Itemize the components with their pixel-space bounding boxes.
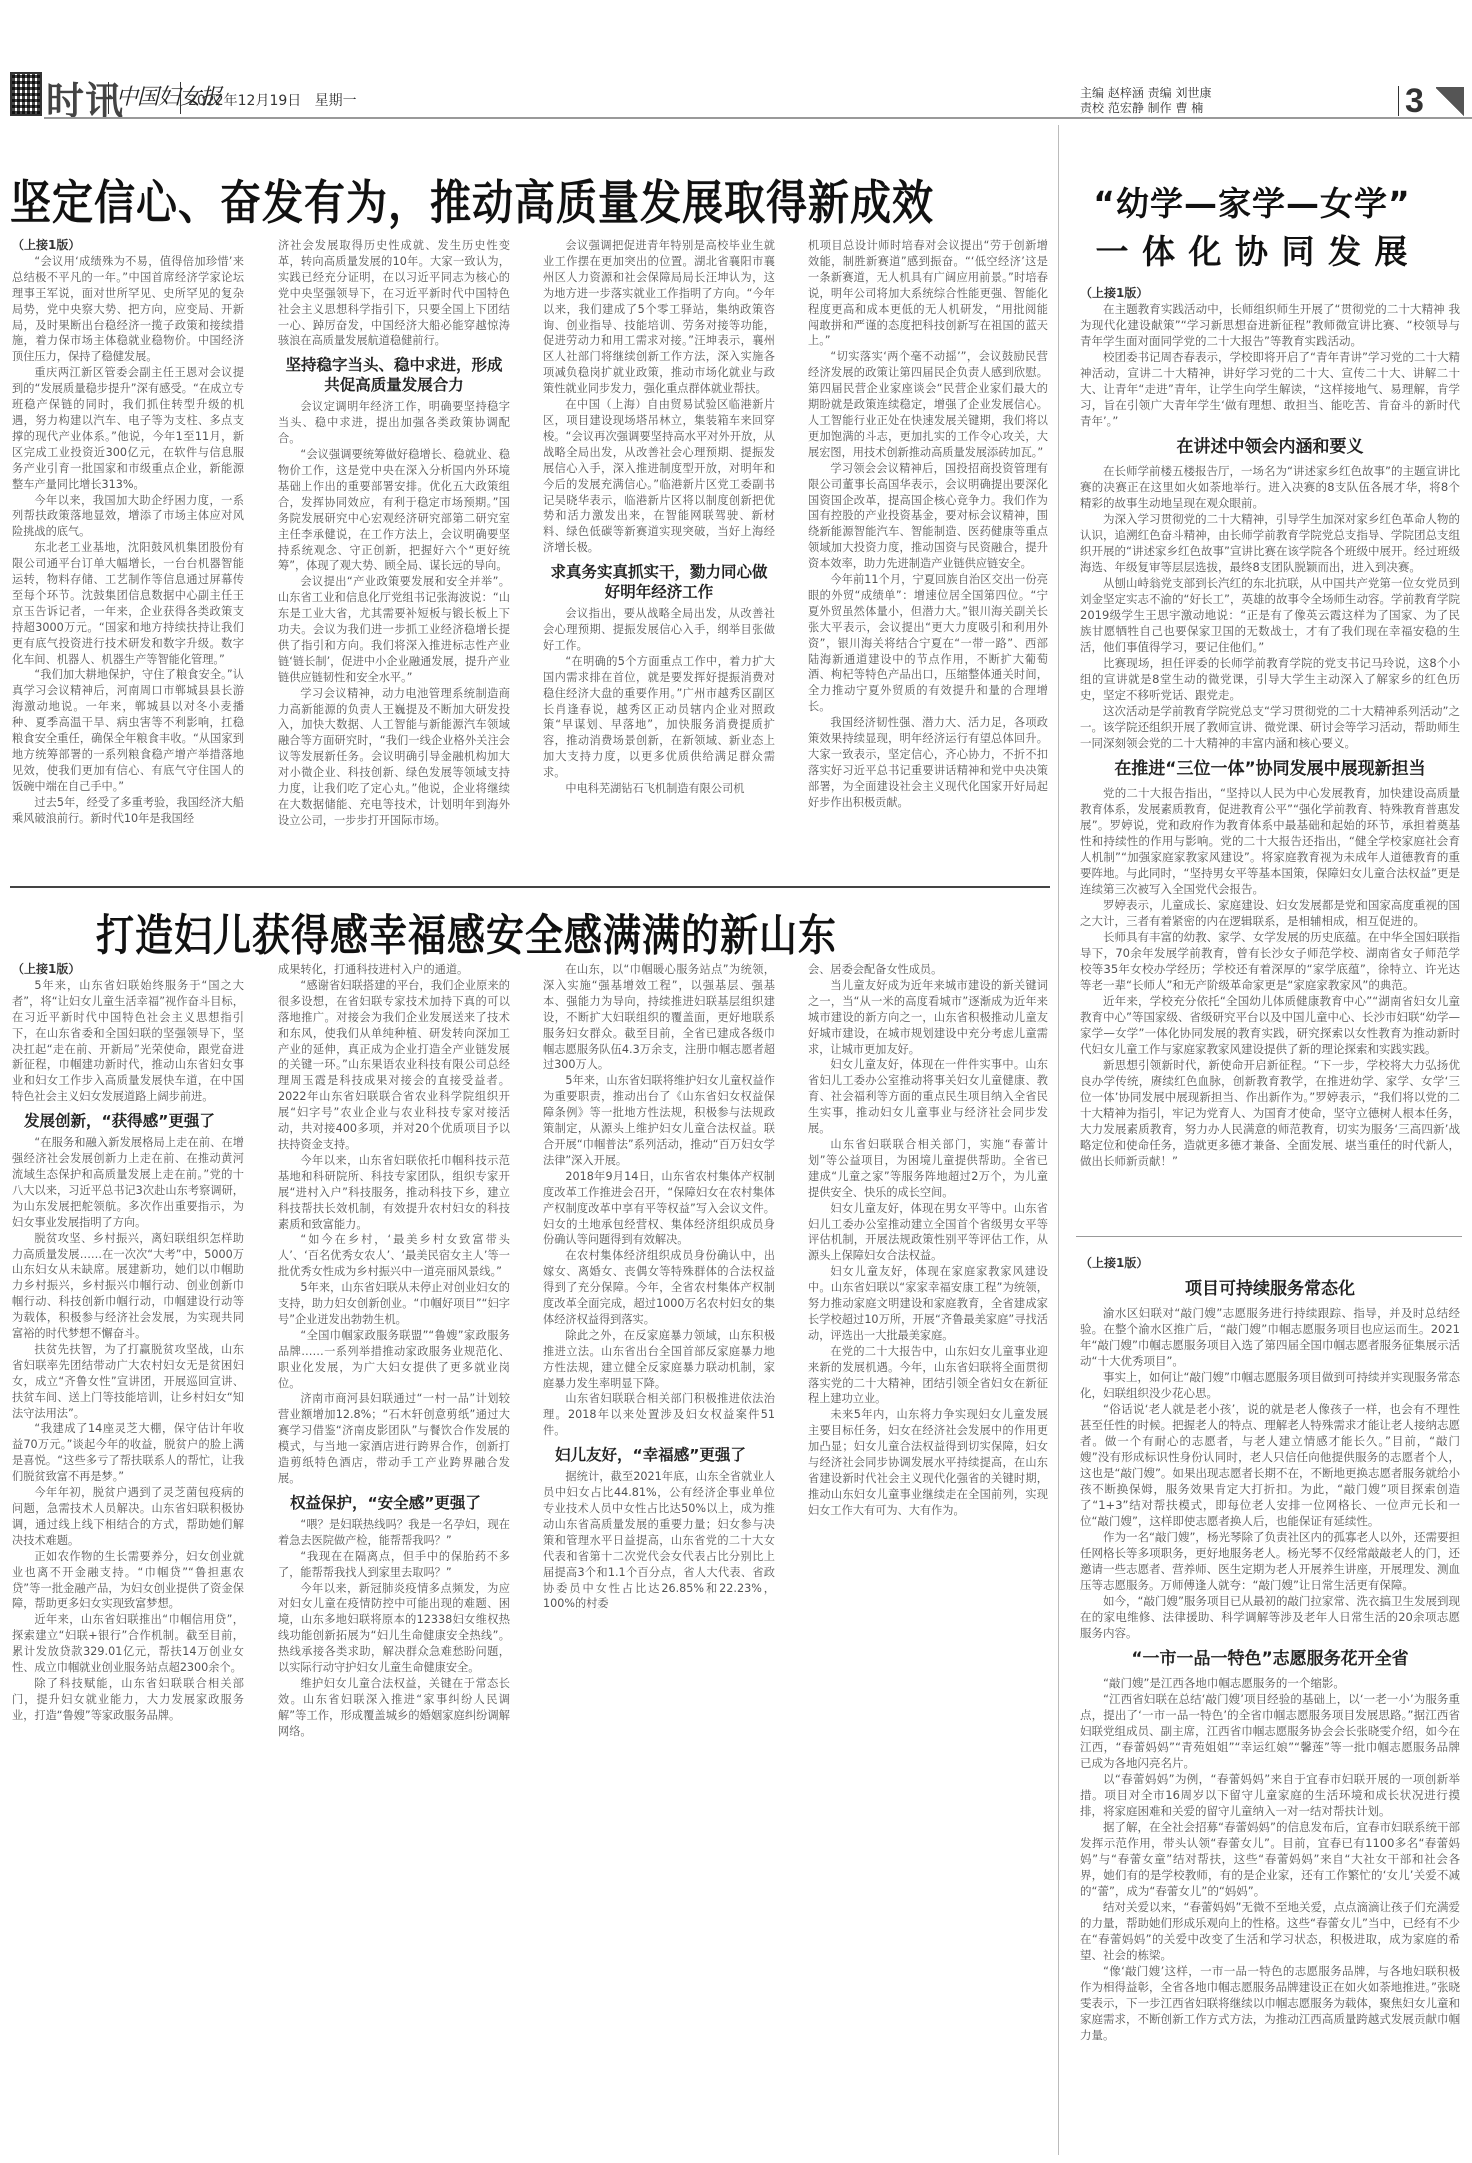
article-4-column-4: 会、居委会配备女性成员。 当儿童友好成为近年来城市建设的新关键词之一，当“从一米… (808, 962, 1048, 2157)
divider (1398, 86, 1399, 116)
continued-label: （上接1版） (12, 962, 244, 978)
article-1-column-3: 会议强调把促进青年特别是高校毕业生就业工作摆在更加突出的位置。湖北省襄阳市襄州区… (543, 238, 775, 870)
paragraph: 渝水区妇联对“敲门嫂”志愿服务进行持续跟踪、指导，并及时总结经验。在整个渝水区推… (1080, 1305, 1460, 1369)
article-4-column-1: （上接1版） 5年来，山东省妇联始终服务于“国之大者”，将“让妇女儿童生活幸福”… (12, 962, 244, 2157)
paragraph: 今年年初，脱贫户遇到了灵芝菌包疫病的问题，急需技术人员解决。山东省妇联积极协调，… (12, 1485, 244, 1549)
paragraph: “我建成了14座灵芝大棚，保守估计年收益70万元。”谈起今年的收益，脱贫户的脸上… (12, 1421, 244, 1485)
divider (180, 82, 181, 114)
paragraph: 近年来，山东省妇联推出“巾帼信用贷”，探索建立“妇联+银行”合作机制。截至目前，… (12, 1612, 244, 1676)
paragraph: 未来5年内，山东将力争实现妇女儿童发展主要目标任务，妇女在经济社会发展中的作用更… (808, 1407, 1048, 1518)
paragraph: “如今在乡村，‘最美乡村女致富带头人’、‘百名优秀女农人’、‘最美民宿女主人’等… (278, 1232, 510, 1280)
paragraph: 扶贫先扶智，为了打赢脱贫攻坚战，山东省妇联率先团结带动广大农村妇女无是贫困妇女，… (12, 1342, 244, 1422)
paragraph: 今年以来，我国加大助企纾困力度，一系列帮扶政策落地显效，增添了市场主体应对风险挑… (12, 493, 244, 541)
paragraph: 据统计，截至2021年底，山东全省就业人员中妇女占比44.81%，公有经济企事业… (543, 1469, 775, 1612)
paragraph: 会议指出，要从战略全局出发，从改善社会心理预期、提振发展信心入手，纲举目张做好工… (543, 606, 775, 654)
paragraph: 据了解，在全社会招募“春蕾妈妈”的信息发布后，宜春市妇联系统干部发挥示范作用，带… (1080, 1819, 1460, 1899)
article-1-column-1: （上接1版） “会议用‘成绩殊为不易，值得倍加珍惜’来总结极不平凡的一年。”中国… (12, 238, 244, 870)
paragraph: 党的二十大报告指出，“坚持以人民为中心发展教育，加快建设高质量教育体系，发展素质… (1080, 785, 1460, 897)
paragraph: 近年来，学校充分依托“全国幼儿体质健康教育中心”“湖南省妇女儿童教育中心”等国家… (1080, 993, 1460, 1057)
paragraph: 山东省妇联联合相关部门，实施“春蕾计划”等公益项目，为困境儿童提供帮助。全省已建… (808, 1137, 1048, 1201)
paragraph: 学习会议精神，动力电池管理系统制造商力高新能源的负责人王巍提及不断加大研发投入，… (278, 686, 510, 829)
paragraph: 会议定调明年经济工作，明确要坚持稳字当头、稳中求进，提出加强各类政策协调配合。 (278, 399, 510, 447)
continued-label: （上接1版） (12, 238, 244, 254)
paragraph: “会议用‘成绩殊为不易，值得倍加珍惜’来总结极不平凡的一年。”中国首席经济学家论… (12, 254, 244, 365)
paragraph: “江西省妇联在总结‘敲门嫂’项目经验的基础上，以‘一老一小’为服务重点，提出了‘… (1080, 1691, 1460, 1771)
paragraph: 今年以来，新冠肺炎疫情多点频发，为应对妇女儿童在疫情防控中可能出现的难题、困境，… (278, 1581, 510, 1676)
divider (108, 82, 109, 114)
paragraph: “我现在在隔离点，但手中的保胎药不多了，能帮帮我找人到家里去取吗？” (278, 1549, 510, 1581)
paragraph: 5年来，山东省妇联从未停止对创业妇女的支持，助力妇女创新创业。“巾帼好项目”“妇… (278, 1280, 510, 1328)
paragraph: 济南市商河县妇联通过“一村一品”计划较营业额增加12.8%；“石木轩创意剪纸”通… (278, 1391, 510, 1486)
article-2-headline: “幼学—家学—女学” 一 体 化 协 同 发 展 (1082, 180, 1422, 276)
paragraph: 成果转化，打通科技进村入户的通道。 (278, 962, 510, 978)
article-1-subheading-1: 坚持稳字当头、稳中求进，形成共促高质量发展合力 (278, 355, 510, 395)
paragraph: 除此之外，在反家庭暴力领域，山东积极推进立法。山东省出台全国首部反家庭暴力地方性… (543, 1328, 775, 1392)
paragraph: 当儿童友好成为近年来城市建设的新关键词之一，当“从一米的高度看城市”逐渐成为近年… (808, 978, 1048, 1058)
paragraph: “喂？是妇联热线吗？我是一名孕妇，现在着急去医院做产检，能帮帮我吗？” (278, 1517, 510, 1549)
paragraph: 5年来，山东省妇联将维护妇女儿童权益作为重要职责，推动出台了《山东省妇女权益保障… (543, 1073, 775, 1168)
article-separator (1076, 1236, 1462, 1237)
article-4-subheading-3: 妇儿友好，“幸福感”更强了 (543, 1445, 775, 1465)
masthead-rule (44, 117, 1472, 119)
article-4-subheading-1: 发展创新，“获得感”更强了 (12, 1111, 244, 1131)
column-divider (1058, 125, 1059, 2155)
article-1-column-4: 机项目总设计师时培春对会议提出“劳于创新增效能，制胜新赛道”感到振奋。“‘低空经… (808, 238, 1048, 870)
editors-line-1: 主编 赵梓涵 责编 刘世康 (1080, 86, 1211, 101)
paragraph: 在长师学前楼五楼报告厅，一场名为“讲述家乡红色故事”的主题宣讲比赛的决赛正在这里… (1080, 463, 1460, 511)
paragraph: 会议提出“产业政策要发展和安全并举”。山东省工业和信息化厅党组书记张海波说：“山… (278, 574, 510, 685)
paragraph: “像‘敲门嫂’这样，一市一品一特色的志愿服务品牌，与各地妇联积极作为相得益彰，全… (1080, 1963, 1460, 2043)
paragraph: 从刨山峙翁党支部到长汽红的东北抗联，从中国共产党第一位女党员到刘金坚定实志不渝的… (1080, 575, 1460, 655)
page-number: 3 (1405, 82, 1424, 121)
article-1-column-2: 济社会发展取得历史性成就、发生历史性变革，转向高质量发展的10年。大家一致认为，… (278, 238, 510, 870)
article-separator (10, 886, 1050, 888)
article-1-subheading-2: 求真务实真抓实干，勠力同心做好明年经济工作 (543, 562, 775, 602)
paragraph: 重庆两江新区管委会副主任王恩对会议提到的“发展质量稳步提升”深有感受。“在成立专… (12, 365, 244, 492)
article-3-body: （上接1版） 项目可持续服务常态化 渝水区妇联对“敲门嫂”志愿服务进行持续跟踪、… (1080, 1255, 1460, 2155)
article-4-subheading-2: 权益保护，“安全感”更强了 (278, 1493, 510, 1513)
continued-label: （上接1版） (1080, 285, 1460, 301)
paragraph: 会、居委会配备女性成员。 (808, 962, 1048, 978)
paragraph: 以“春蕾妈妈”为例，“春蕾妈妈”来自于宜春市妇联开展的一项创新举措。项目对全市1… (1080, 1771, 1460, 1819)
issue-date: 2022年12月19日 星期一 (188, 90, 357, 110)
article-4-column-2: 成果转化，打通科技进村入户的通道。 “感谢省妇联搭建的平台，我们企业原来的很多设… (278, 962, 510, 2157)
paragraph: 在农村集体经济组织成员身份确认中，出嫁女、离婚女、丧偶女等特殊群体的合法权益得到… (543, 1248, 775, 1328)
editors-credits: 主编 赵梓涵 责编 刘世康 责校 范宏静 制作 曹 楠 (1080, 86, 1211, 116)
paragraph: 济社会发展取得历史性成就、发生历史性变革，转向高质量发展的10年。大家一致认为，… (278, 238, 510, 349)
paragraph: 会议强调把促进青年特别是高校毕业生就业工作摆在更加突出的位置。湖北省襄阳市襄州区… (543, 238, 775, 397)
continued-label: （上接1版） (1080, 1255, 1460, 1271)
article-2-subheading-2: 在推进“三位一体”协同发展中展现新担当 (1080, 759, 1460, 779)
weekday-text: 星期一 (315, 93, 357, 109)
paragraph: “切实落实‘两个毫不动摇’”，会议鼓励民营经济发展的政策让第四届民企负责人感到欣… (808, 349, 1048, 460)
paragraph: 机项目总设计师时培春对会议提出“劳于创新增效能，制胜新赛道”感到振奋。“‘低空经… (808, 238, 1048, 349)
paragraph: 正如农作物的生长需要养分，妇女创业就业也离不开金融支持。“巾帼贷”“鲁担惠农贷”… (12, 1549, 244, 1613)
paragraph: 事实上，如何让“敲门嫂”巾帼志愿服务项目做到可持续并实现服务常态化，妇联组织没少… (1080, 1369, 1460, 1401)
paragraph: 5年来，山东省妇联始终服务于“国之大者”，将“让妇女儿童生活幸福”视作奋斗目标，… (12, 978, 244, 1105)
paragraph: 在主题教育实践活动中，长师组织师生开展了“贯彻党的二十大精神 我为现代化建设献策… (1080, 301, 1460, 349)
paragraph: 妇女儿童友好，体现在家庭家教家风建设中。山东省妇联以“家家幸福安康工程”为统领，… (808, 1264, 1048, 1344)
paragraph: 2018年9月14日，山东省农村集体产权制度改革工作推进会召开，“保障妇女在农村… (543, 1169, 775, 1249)
paragraph: 比赛现场，担任评委的长师学前教育学院的党支书记马玲说，这8个小组的宣讲就是8堂生… (1080, 655, 1460, 703)
paragraph: 我国经济韧性强、潜力大、活力足，各项政策效果持续显现，明年经济运行有望总体回升。… (808, 715, 1048, 810)
paragraph: 长师具有丰富的幼教、家学、女学发展的历史底蕴。在中华全国妇联指导下，70余年发展… (1080, 929, 1460, 993)
paragraph: 山东省妇联联合相关部门积极推进依法治理。2018年以来处置涉及妇女权益案件51件… (543, 1391, 775, 1439)
paragraph: 在党的二十大报告中，山东妇女儿童事业迎来新的发展机遇。今年，山东省妇联将全面贯彻… (808, 1344, 1048, 1408)
paragraph: 中电科芜湖钻石飞机制造有限公司机 (543, 781, 775, 797)
paragraph: 罗婷表示，儿童成长、家庭建设、妇女发展都是党和国家高度重视的国之大计，三者有着紧… (1080, 897, 1460, 929)
paragraph: “我们加大耕地保护，守住了粮食安全。”认真学习会议精神后，河南周口市郸城县县长游… (12, 667, 244, 794)
paragraph: 在中国（上海）自由贸易试验区临港新片区，项目建设现场塔吊林立，集装箱车来回穿梭。… (543, 397, 775, 556)
article-2-headline-line-1: “幼学—家学—女学” (1082, 180, 1422, 228)
paragraph: “敲门嫂”是江西各地巾帼志愿服务的一个缩影。 (1080, 1675, 1460, 1691)
paragraph: 作为一名“敲门嫂”，杨光琴除了负责社区内的孤寡老人以外，还需要担任网格长等多项职… (1080, 1529, 1460, 1593)
paragraph: 这次活动是学前教育学院党总支“学习贯彻党的二十大精神系列活动”之一。该学院还组织… (1080, 703, 1460, 751)
paragraph: 如今，“敲门嫂”服务项目已从最初的敲门拉家常、洗衣搞卫生发展到现在的家电维修、法… (1080, 1593, 1460, 1641)
paragraph: 过去5年，经受了多重考验，我国经济大船乘风破浪前行。新时代10年是我国经 (12, 795, 244, 827)
paragraph: 今年以来，山东省妇联依托巾帼科技示范基地和科研院所、科技专家团队，组织专家开展“… (278, 1153, 510, 1233)
paragraph: 妇女儿童友好，体现在男女平等中。山东省妇儿工委办公室推动建立全国首个省级男女平等… (808, 1201, 1048, 1265)
article-4-headline: 打造妇儿获得感幸福感安全感满满的新山东 (96, 900, 837, 963)
paragraph: 新思想引领新时代，新使命开启新征程。“下一步，学校将大力弘扬优良办学传统，赓续红… (1080, 1057, 1460, 1169)
article-2-body: （上接1版） 在主题教育实践活动中，长师组织师生开展了“贯彻党的二十大精神 我为… (1080, 285, 1460, 1190)
paragraph: “俗话说‘老人就是老小孩’，说的就是老人像孩子一样，也会有不理性甚至任性的时候。… (1080, 1401, 1460, 1529)
masthead: 时讯 中国妇女报 2022年12月19日 星期一 主编 赵梓涵 责编 刘世康 责… (0, 0, 1472, 120)
qr-code-icon (10, 72, 42, 116)
paragraph: “感谢省妇联搭建的平台，我们企业原来的很多设想，在省妇联专家技术加持下真的可以落… (278, 978, 510, 1153)
paragraph: 除了科技赋能，山东省妇联联合相关部门，提升妇女就业能力，大力发展家政服务业，打造… (12, 1676, 244, 1724)
article-1-headline: 坚定信心、奋发有为，推动高质量发展取得新成效 (10, 165, 934, 233)
article-4-column-3: 在山东，以“巾帼暖心服务站点”为统领，深入实施“强基增效工程”，以强基层、强基本… (543, 962, 775, 2157)
paragraph: 脱贫攻坚、乡村振兴，离妇联组织怎样助力高质量发展……在一次次“大考”中，5000… (12, 1231, 244, 1342)
paragraph: “会议强调要统筹做好稳增长、稳就业、稳物价工作，这是党中央在深入分析国内外环境基… (278, 447, 510, 574)
article-2-subheading-1: 在讲述中领会内涵和要义 (1080, 437, 1460, 457)
paragraph: “在服务和融入新发展格局上走在前、在增强经济社会发展创新力上走在前、在推动黄河流… (12, 1135, 244, 1230)
article-3-subheading-2: “一市一品一特色”志愿服务花开全省 (1080, 1649, 1460, 1669)
article-2-headline-line-2: 一 体 化 协 同 发 展 (1082, 228, 1422, 276)
paragraph: 在山东，以“巾帼暖心服务站点”为统领，深入实施“强基增效工程”，以强基层、强基本… (543, 962, 775, 1073)
paragraph: 校团委书记周杏春表示，学校即将开启了“青年青讲”学习党的二十大精神活动，宣讲二十… (1080, 349, 1460, 429)
paragraph: 学习领会会议精神后，国投招商投资管理有限公司董事长高国华表示，会议明确提出要深化… (808, 461, 1048, 572)
paragraph: 为深入学习贯彻党的二十大精神，引导学生加深对家乡红色革命人物的认识，追溯红色奋斗… (1080, 511, 1460, 575)
paragraph: 妇女儿童友好，体现在一件件实事中。山东省妇儿工委办公室推动将事关妇女儿童健康、教… (808, 1057, 1048, 1137)
paragraph: 今年前11个月，宁夏回族自治区交出一份亮眼的外贸“成绩单”：增速位居全国第四位。… (808, 572, 1048, 715)
paragraph: 东北老工业基地，沈阳鼓风机集团股份有限公司通平台订单大幅增长，一台台机器智能运转… (12, 540, 244, 667)
paragraph: “全国巾帼家政服务联盟”“鲁嫂”家政服务品牌……一系列举措推动家政服务业规范化、… (278, 1328, 510, 1392)
paragraph: 维护妇女儿童合法权益，关键在于常态长效。山东省妇联深入推进“家事纠纷人民调解”等… (278, 1676, 510, 1740)
paragraph: “在明确的5个方面重点工作中，着力扩大国内需求排在首位，就是要发挥好提振消费对稳… (543, 654, 775, 781)
article-3-subheading-1: 项目可持续服务常态化 (1080, 1279, 1460, 1299)
paragraph: 结对关爱以来，“春蕾妈妈”无微不至地关爱，点点滴滴让孩子们充满爱的力量，帮助她们… (1080, 1899, 1460, 1963)
date-text: 2022年12月19日 (188, 93, 301, 109)
corner-triangle-icon (1436, 87, 1464, 117)
editors-line-2: 责校 范宏静 制作 曹 楠 (1080, 101, 1211, 116)
